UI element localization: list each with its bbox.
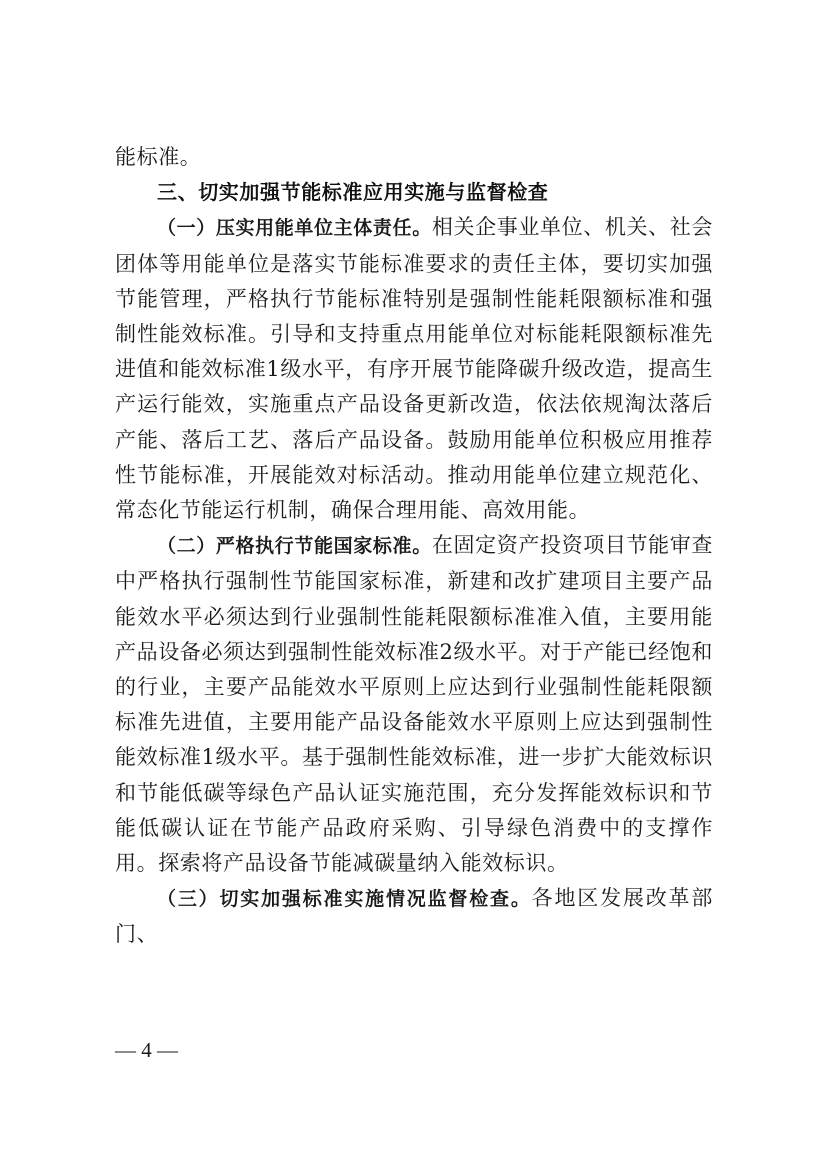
- paragraph-3-lead: （三）切实加强标准实施情况监督检查。: [157, 888, 532, 910]
- document-page: 能标准。 三、切实加强节能标准应用实施与监督检查 （一）压实用能单位主体责任。相…: [0, 0, 826, 1169]
- page-number: — 4 —: [115, 1038, 178, 1063]
- paragraph-2-lead: （二）严格执行节能国家标准。: [157, 535, 432, 557]
- paragraph-1: （一）压实用能单位主体责任。相关企事业单位、机关、社会团体等用能单位是落实节能标…: [115, 210, 713, 528]
- paragraph-2-body: 在固定资产投资项目节能审查中严格执行强制性节能国家标准，新建和改扩建项目主要产品…: [115, 533, 713, 875]
- paragraph-1-lead: （一）压实用能单位主体责任。: [157, 217, 432, 239]
- document-body: 能标准。 三、切实加强节能标准应用实施与监督检查 （一）压实用能单位主体责任。相…: [115, 140, 713, 953]
- paragraph-1-body: 相关企事业单位、机关、社会团体等用能单位是落实节能标准要求的责任主体，要切实加强…: [115, 215, 713, 522]
- continuation-text: 能标准。: [115, 140, 713, 175]
- paragraph-2: （二）严格执行节能国家标准。在固定资产投资项目节能审查中严格执行强制性节能国家标…: [115, 528, 713, 881]
- section-heading: 三、切实加强节能标准应用实施与监督检查: [115, 175, 713, 210]
- paragraph-3: （三）切实加强标准实施情况监督检查。各地区发展改革部门、: [115, 881, 713, 952]
